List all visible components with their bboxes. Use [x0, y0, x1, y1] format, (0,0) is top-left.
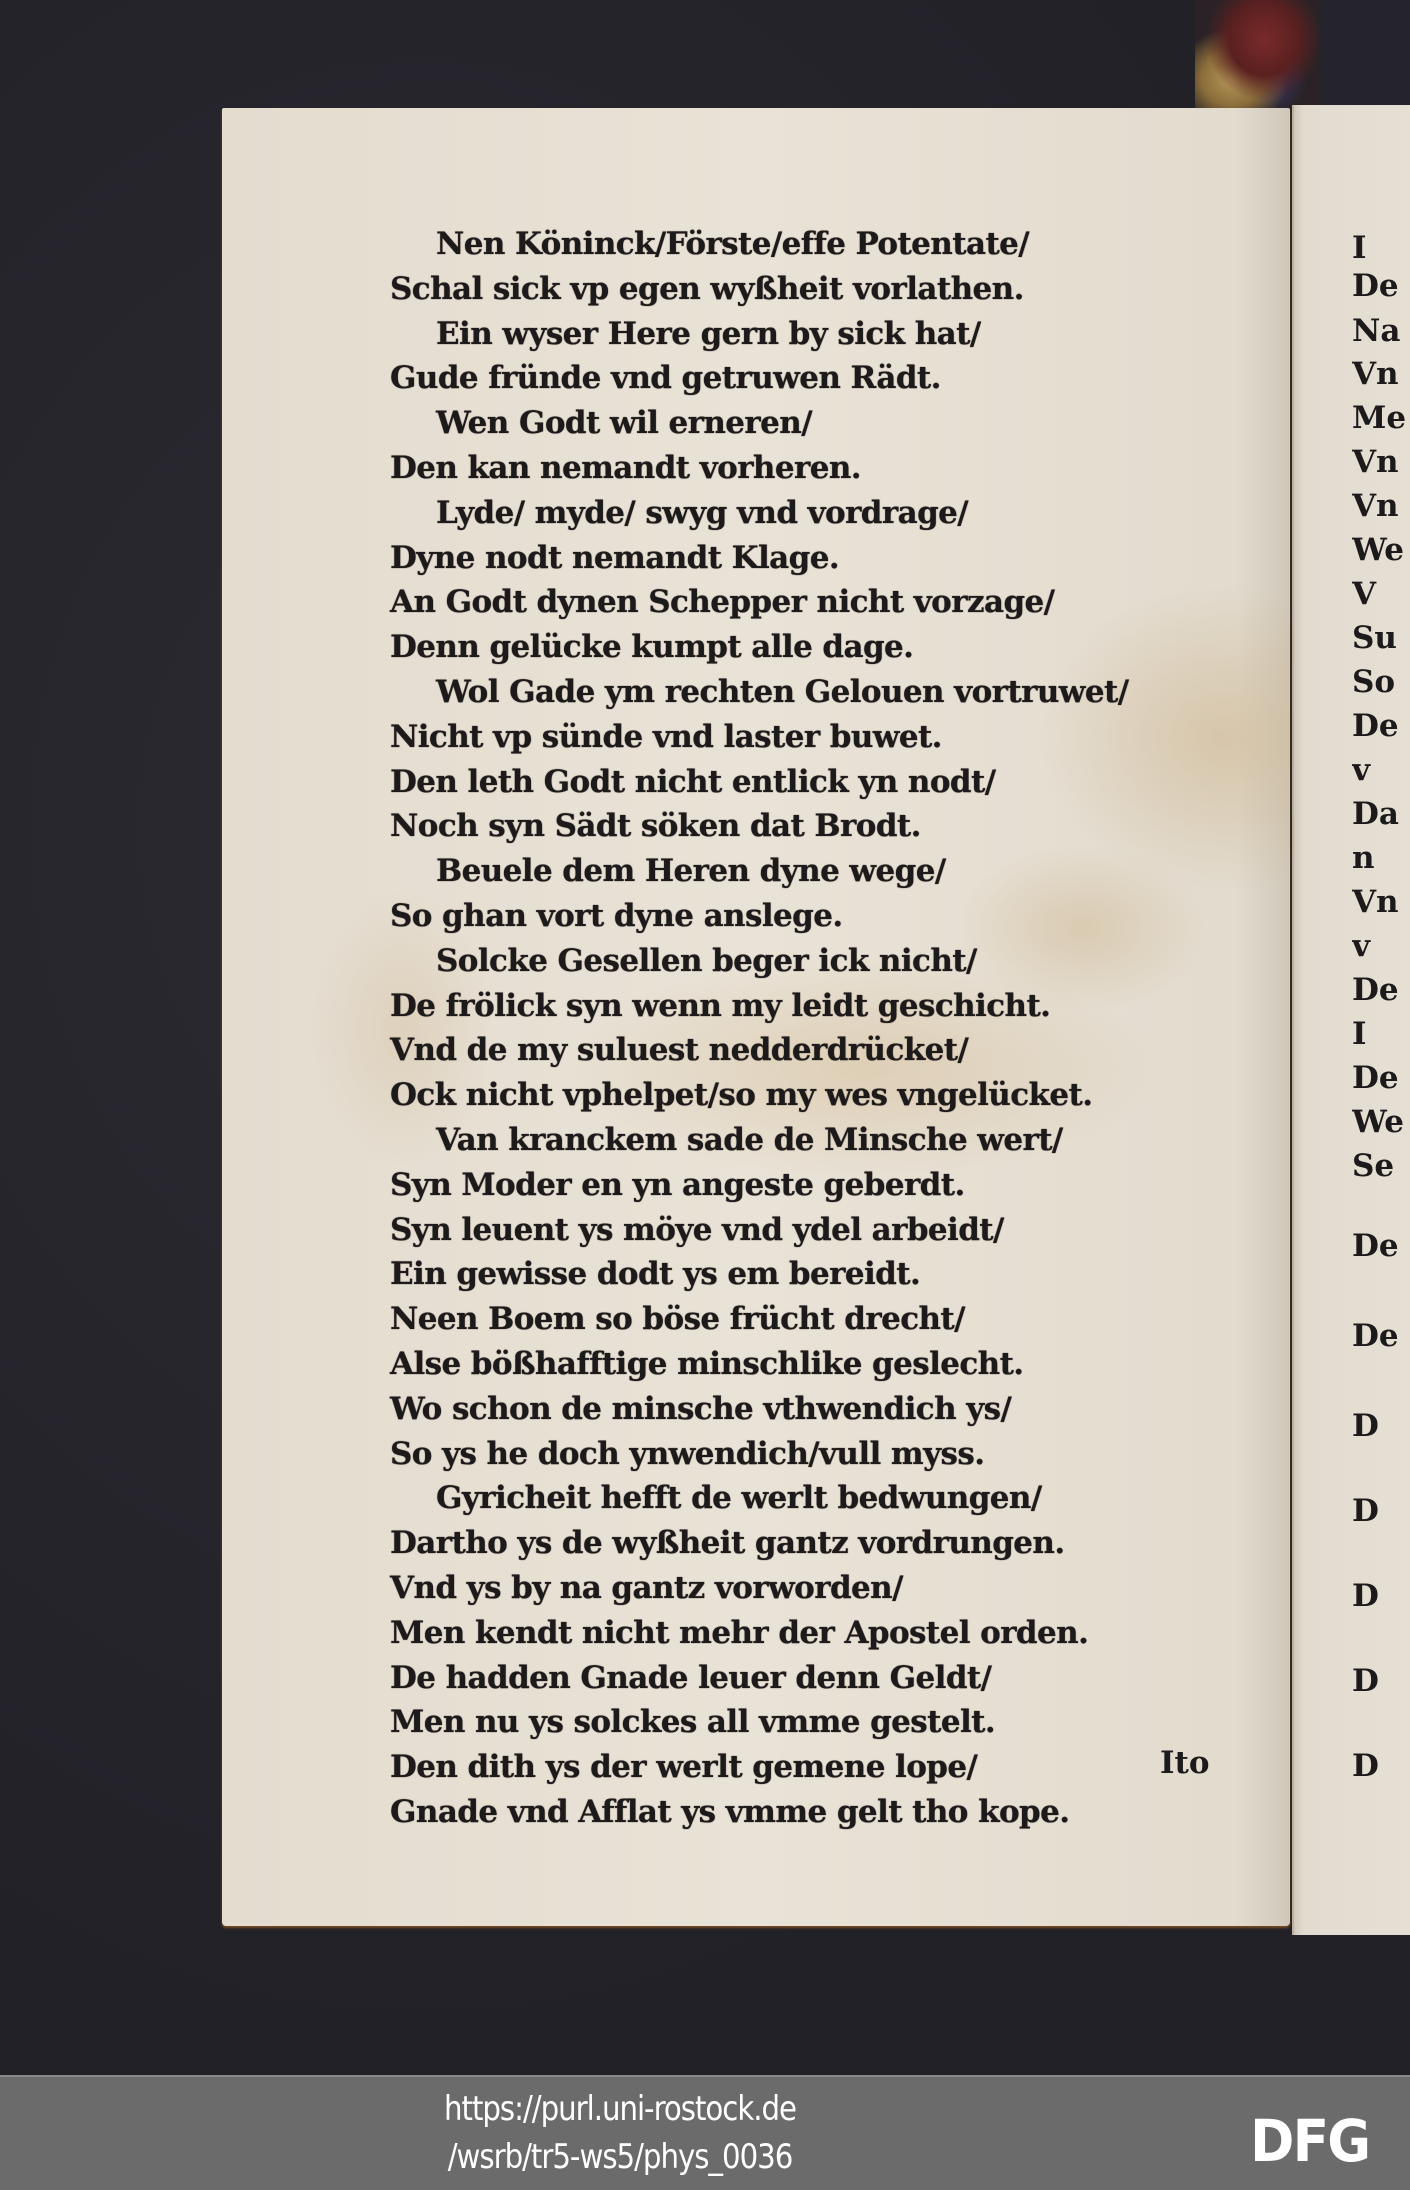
book-binding-decoration: [1195, 0, 1320, 112]
right-page-fragment: Su: [1352, 620, 1397, 656]
text-line: Gyricheit hefft de werlt bedwungen/: [390, 1476, 1250, 1521]
right-page-fragment: De: [1352, 268, 1399, 304]
text-line: Dartho ys de wyßheit gantz vordrungen.: [390, 1521, 1250, 1566]
right-page-fragment: Me: [1352, 400, 1406, 436]
text-line: Schal sick vp egen wyßheit vorlathen.: [390, 267, 1250, 312]
right-page-fragment: D: [1352, 1578, 1379, 1614]
right-page-fragment: Vn: [1352, 356, 1399, 392]
text-line: Wol Gade ym rechten Gelouen vortruwet/: [390, 670, 1250, 715]
text-line: Nicht vp sünde vnd laster buwet.: [390, 715, 1250, 760]
right-page-fragment: Da: [1352, 796, 1399, 832]
text-line: Gnade vnd Afflat ys vmme gelt tho kope.: [390, 1790, 1250, 1835]
text-line: An Godt dynen Schepper nicht vorzage/: [390, 580, 1250, 625]
permalink-line-2[interactable]: /wsrb/tr5-ws5/phys_0036: [379, 2133, 861, 2181]
right-page-fragment: D: [1352, 1408, 1379, 1444]
right-page-fragment: v: [1352, 928, 1370, 964]
text-line: Men kendt nicht mehr der Apostel orden.: [390, 1611, 1250, 1656]
right-page-fragment: Vn: [1352, 444, 1399, 480]
dfg-logo: DFG: [1250, 2107, 1369, 2175]
right-page-fragment: Se: [1352, 1148, 1394, 1184]
right-page-fragment: Vn: [1352, 488, 1399, 524]
text-line: Ein wyser Here gern by sick hat/: [390, 312, 1250, 357]
text-line: Noch syn Sädt söken dat Brodt.: [390, 804, 1250, 849]
text-line: Vnd de my suluest nedderdrücket/: [390, 1028, 1250, 1073]
right-page-text-fragments: IDeNaVnMeVnVnWeVSuSoDevDanVnvDeIDeWeSeDe…: [1352, 222, 1410, 1842]
left-page-text: Nen Köninck/Förste/effe Potentate/Schal …: [390, 222, 1250, 1835]
right-page-fragment: D: [1352, 1663, 1379, 1699]
right-page-fragment: V: [1352, 576, 1376, 612]
text-line: So ghan vort dyne anslege.: [390, 894, 1250, 939]
text-line: Syn leuent ys möye vnd ydel arbeidt/: [390, 1208, 1250, 1253]
text-line: Syn Moder en yn angeste geberdt.: [390, 1163, 1250, 1208]
right-page-fragment: De: [1352, 1228, 1399, 1264]
text-line: De frölick syn wenn my leidt geschicht.: [390, 984, 1250, 1029]
text-line: Nen Köninck/Förste/effe Potentate/: [390, 222, 1250, 267]
text-line: Alse bößhafftige minschlike geslecht.: [390, 1342, 1250, 1387]
text-line: Vnd ys by na gantz vorworden/: [390, 1566, 1250, 1611]
footer-bar: https://purl.uni-rostock.de /wsrb/tr5-ws…: [0, 2075, 1410, 2190]
right-page-fragment: Na: [1352, 313, 1400, 349]
text-line: Beuele dem Heren dyne wege/: [390, 849, 1250, 894]
right-page-fragment: We: [1352, 532, 1404, 568]
permalink[interactable]: https://purl.uni-rostock.de /wsrb/tr5-ws…: [379, 2085, 861, 2181]
text-line: Ein gewisse dodt ys em bereidt.: [390, 1252, 1250, 1297]
text-line: Solcke Gesellen beger ick nicht/: [390, 939, 1250, 984]
catchword: Ito: [1160, 1745, 1210, 1781]
text-line: Gude fründe vnd getruwen Rädt.: [390, 356, 1250, 401]
text-line: Neen Boem so böse frücht drecht/: [390, 1297, 1250, 1342]
text-line: Den kan nemandt vorheren.: [390, 446, 1250, 491]
text-line: De hadden Gnade leuer denn Geldt/: [390, 1656, 1250, 1701]
right-page-fragment: I: [1352, 230, 1367, 266]
text-line: Ock nicht vphelpet/so my wes vngelücket.: [390, 1073, 1250, 1118]
right-page-fragment: n: [1352, 840, 1375, 876]
text-line: Wen Godt wil erneren/: [390, 401, 1250, 446]
text-line: Dyne nodt nemandt Klage.: [390, 536, 1250, 581]
binding-edge: [1320, 0, 1410, 112]
right-page-fragment: De: [1352, 1060, 1399, 1096]
text-line: Den dith ys der werlt gemene lope/: [390, 1745, 1250, 1790]
right-page-fragment: D: [1352, 1493, 1379, 1529]
right-page-fragment: Vn: [1352, 884, 1399, 920]
right-page-fragment: De: [1352, 708, 1399, 744]
right-page-fragment: D: [1352, 1748, 1379, 1784]
right-page-fragment: De: [1352, 1318, 1399, 1354]
text-line: Van kranckem sade de Minsche wert/: [390, 1118, 1250, 1163]
permalink-line-1[interactable]: https://purl.uni-rostock.de: [379, 2085, 861, 2133]
text-line: So ys he doch ynwendich/vull myss.: [390, 1432, 1250, 1477]
text-line: Wo schon de minsche vthwendich ys/: [390, 1387, 1250, 1432]
right-page-fragment: De: [1352, 972, 1399, 1008]
text-line: Men nu ys solckes all vmme gestelt.: [390, 1700, 1250, 1745]
text-line: Lyde/ myde/ swyg vnd vordrage/: [390, 491, 1250, 536]
right-page-fragment: So: [1352, 664, 1395, 700]
right-page-fragment: We: [1352, 1104, 1404, 1140]
right-page-fragment: v: [1352, 752, 1370, 788]
text-line: Denn gelücke kumpt alle dage.: [390, 625, 1250, 670]
text-line: Den leth Godt nicht entlick yn nodt/: [390, 760, 1250, 805]
right-page-fragment: I: [1352, 1016, 1367, 1052]
